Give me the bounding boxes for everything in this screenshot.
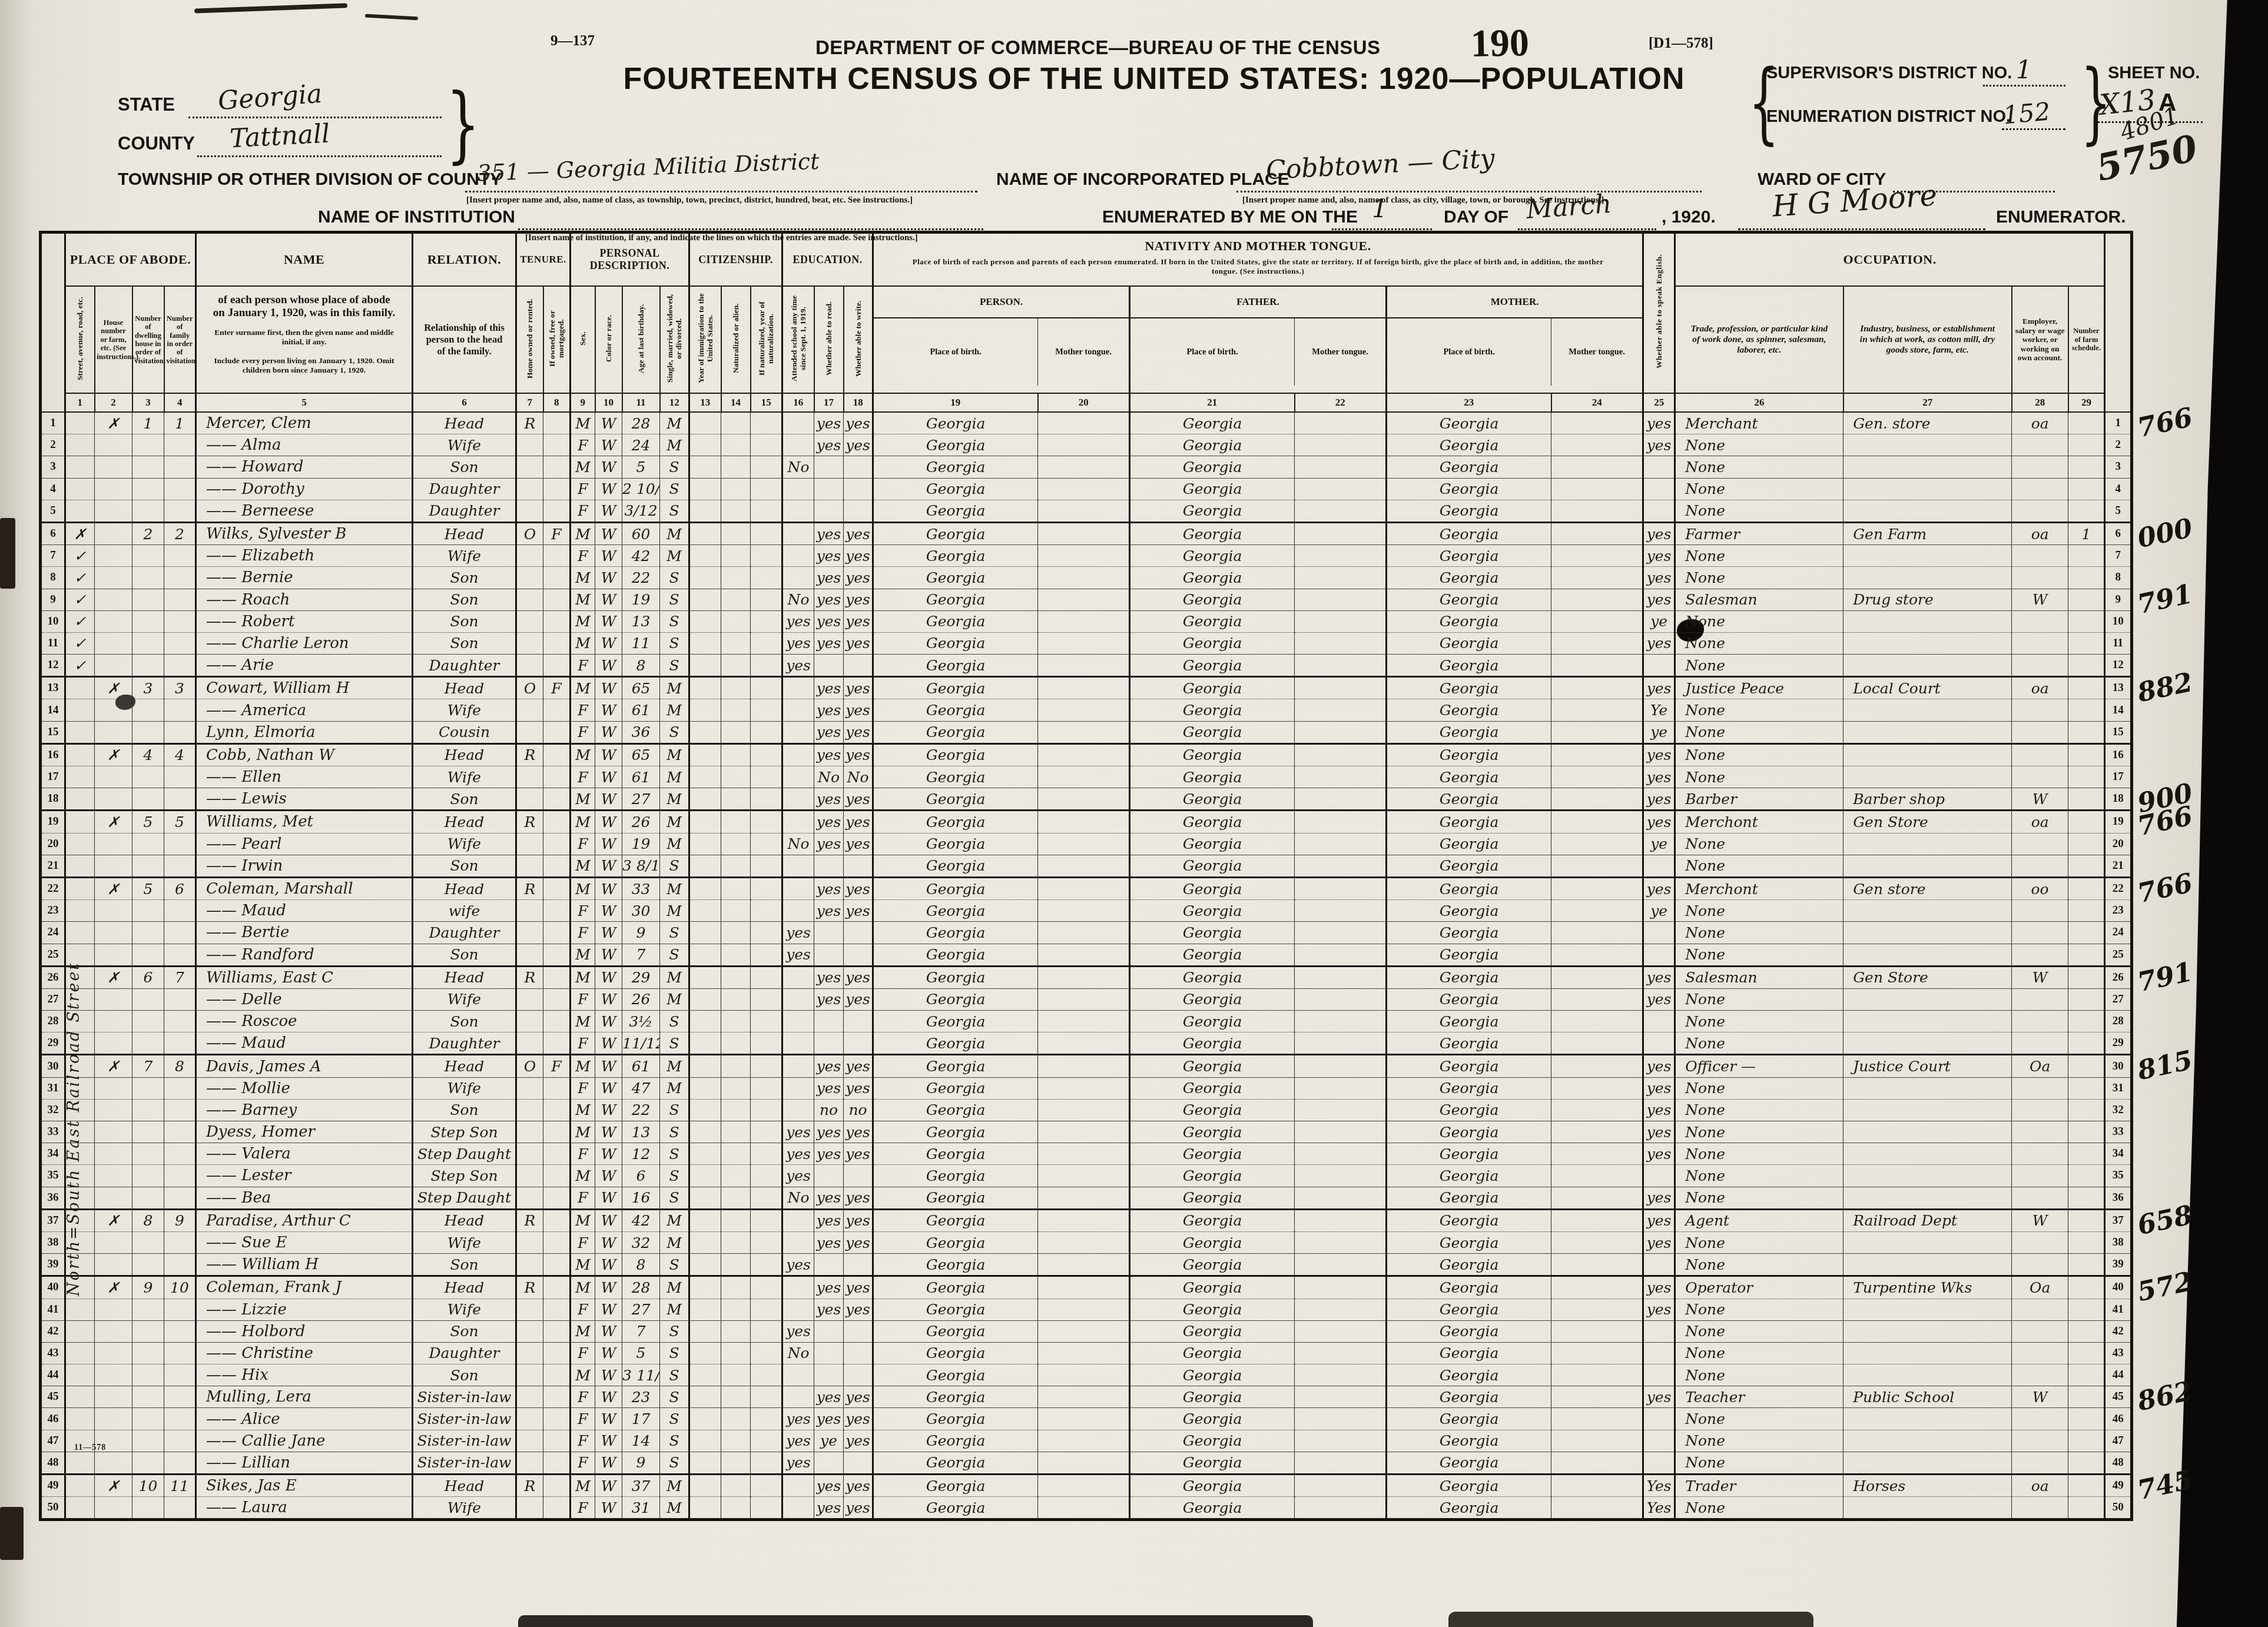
cell-name: —— Lester [196, 1165, 413, 1187]
cell-nat [721, 877, 751, 899]
handwritten-entry: Georgia [926, 459, 986, 476]
cell-mort [543, 1099, 571, 1121]
handwritten-entry: Head [445, 969, 485, 986]
cell-mt [1038, 1143, 1130, 1165]
cell-sex: M [571, 1055, 595, 1077]
cell-farm [2068, 478, 2105, 500]
cell-age: 19 [622, 589, 660, 610]
cell-street: ✗ [65, 522, 95, 544]
cell-house [95, 699, 132, 721]
cell-mtf [1295, 922, 1387, 944]
cell-farm [2068, 677, 2105, 699]
handwritten-entry: F [578, 547, 588, 565]
cell-industry [1843, 1143, 2012, 1165]
cell-mort [543, 655, 571, 677]
cell-fam [164, 855, 196, 877]
handwritten-entry: ✓ [74, 547, 87, 565]
column-number: 20 [1038, 393, 1130, 412]
cell-eng: yes [1643, 1055, 1675, 1077]
handwritten-entry: 9 [175, 1212, 184, 1229]
cell-nat [721, 1475, 751, 1497]
cell-pobf: Georgia [1130, 478, 1295, 500]
cell-farm [2068, 1320, 2105, 1342]
column-header-naturalized: Naturalized or alien. [721, 286, 751, 393]
cell-pobm: Georgia [1387, 522, 1551, 544]
handwritten-entry: Georgia [1183, 1323, 1242, 1340]
handwritten-entry: yes [817, 723, 841, 741]
cell-pobm: Georgia [1387, 545, 1551, 567]
cell-mort [543, 1032, 571, 1055]
cell-pob: Georgia [873, 1342, 1038, 1364]
handwritten-entry: W [601, 1080, 616, 1097]
cell-age: 9 [622, 922, 660, 944]
cell-sex: F [571, 1187, 595, 1209]
row-number-left: 5 [41, 500, 65, 522]
cell-pob: Georgia [873, 877, 1038, 899]
handwritten-entry: S [669, 1454, 679, 1471]
handwritten-entry: Turpentine Wks [1853, 1279, 1972, 1296]
column-number: 4 [164, 393, 196, 412]
cell-nat [721, 743, 751, 766]
handwritten-entry: F [551, 1058, 561, 1075]
cell-dw [132, 434, 164, 456]
cell-ten: R [516, 877, 543, 899]
cell-dw [132, 922, 164, 944]
nativity-note: Place of birth of each person and parent… [874, 254, 1642, 277]
handwritten-entry: Georgia [1183, 924, 1242, 941]
cell-fam [164, 632, 196, 654]
cell-street [65, 699, 95, 721]
cell-dw [132, 1254, 164, 1276]
cell-mtf [1295, 1231, 1387, 1253]
column-header-immigration-year: Year of immigration to the United States… [689, 286, 721, 393]
cell-read: yes [814, 743, 844, 766]
row-number-left: 31 [41, 1077, 65, 1099]
cell-read: no [814, 1099, 844, 1121]
row-number-left: 4 [41, 478, 65, 500]
cell-emp [2012, 1342, 2068, 1364]
handwritten-entry: oa [2031, 526, 2049, 543]
cell-mtm [1551, 1011, 1643, 1032]
handwritten-entry: W [601, 502, 616, 519]
handwritten-entry: W [2032, 969, 2048, 986]
handwritten-entry: Son [450, 569, 478, 586]
cell-mtf [1295, 1276, 1387, 1299]
table-row: 19✗55Williams, MetHeadRMW26MyesyesGeorgi… [41, 811, 2132, 833]
cell-sch: yes [782, 1452, 814, 1474]
table-row: 4—— DorothyDaughterFW2 10/12SGeorgiaGeor… [41, 478, 2132, 500]
cell-sch: yes [782, 1320, 814, 1342]
cell-trade: None [1675, 1231, 1843, 1253]
handwritten-entry: F [578, 1301, 588, 1318]
cell-mort [543, 1121, 571, 1143]
group-nativity: NATIVITY AND MOTHER TONGUE. Place of bir… [873, 233, 1643, 287]
handwritten-entry: Cowart, William H [206, 679, 349, 697]
handwritten-entry: W [601, 1145, 616, 1163]
cell-farm [2068, 1276, 2105, 1299]
cell-ten [516, 855, 543, 877]
cell-natyr [751, 966, 782, 988]
cell-eng [1643, 1452, 1675, 1474]
cell-name: —— Holbord [196, 1320, 413, 1342]
column-number: 28 [2012, 393, 2068, 412]
handwritten-entry: Coleman, Marshall [206, 880, 353, 898]
cell-pobf: Georgia [1130, 545, 1295, 567]
cell-pobm: Georgia [1387, 811, 1551, 833]
cell-pobm: Georgia [1387, 456, 1551, 478]
cell-farm [2068, 567, 2105, 589]
handwritten-entry: M [575, 613, 591, 630]
cell-sex: F [571, 1032, 595, 1055]
cell-name: —— Mollie [196, 1077, 413, 1099]
handwritten-entry: Oa [2030, 1279, 2050, 1296]
cell-pobf: Georgia [1130, 1187, 1295, 1209]
handwritten-entry: F [578, 1080, 588, 1097]
cell-pob: Georgia [873, 589, 1038, 610]
cell-age: 23 [622, 1386, 660, 1408]
cell-imm [689, 1497, 721, 1520]
cell-pob: Georgia [873, 1254, 1038, 1276]
handwritten-entry: Georgia [1183, 991, 1242, 1008]
cell-eng: yes [1643, 1187, 1675, 1209]
handwritten-entry: yes [845, 1080, 870, 1097]
column-header-naturalization-year: If naturalized, year of naturalization. [751, 286, 782, 393]
cell-imm [689, 1452, 721, 1474]
column-number: 2 [95, 393, 132, 412]
cell-sch [782, 766, 814, 788]
handwritten-entry: yes [845, 1432, 870, 1449]
cell-relation: Daughter [413, 1032, 516, 1055]
cell-pobm: Georgia [1387, 1032, 1551, 1055]
cell-age: 28 [622, 1276, 660, 1299]
cell-emp: W [2012, 1386, 2068, 1408]
cell-mort [543, 766, 571, 788]
handwritten-entry: Georgia [1183, 635, 1242, 652]
cell-mtm [1551, 1099, 1643, 1121]
cell-mtm [1551, 500, 1643, 522]
handwritten-entry: M [667, 1477, 682, 1495]
cell-write: yes [844, 966, 873, 988]
handwritten-entry: 65 [632, 680, 651, 697]
cell-pob: Georgia [873, 1032, 1038, 1055]
cell-mar: M [660, 766, 689, 788]
handwritten-entry: —— Dorothy [206, 480, 304, 498]
handwritten-entry: 31 [632, 1499, 651, 1516]
handwritten-entry: None [1685, 1234, 1725, 1251]
cell-industry [1843, 1254, 2012, 1276]
cell-nat [721, 1320, 751, 1342]
cell-natyr [751, 811, 782, 833]
cell-dw [132, 456, 164, 478]
cell-age: 61 [622, 766, 660, 788]
cell-age: 30 [622, 900, 660, 922]
cell-imm [689, 1121, 721, 1143]
handwritten-entry: M [667, 415, 682, 432]
column-header-street: Street, avenue, road, etc. [65, 286, 95, 393]
handwritten-entry: yes [817, 746, 841, 763]
handwritten-entry: M [575, 857, 591, 874]
cell-name: Sikes, Jas E [196, 1475, 413, 1497]
handwritten-entry: yes [1647, 415, 1672, 432]
handwritten-entry: yes [845, 991, 870, 1008]
cell-race: W [595, 811, 622, 833]
handwritten-entry: W [601, 1410, 616, 1427]
cell-farm [2068, 589, 2105, 610]
cell-ten [516, 900, 543, 922]
handwritten-entry: Georgia [1440, 1234, 1499, 1251]
cell-ten [516, 589, 543, 610]
cell-pobf: Georgia [1130, 788, 1295, 811]
cell-pobf: Georgia [1130, 1342, 1295, 1364]
cell-dw [132, 1386, 164, 1408]
cell-sch: yes [782, 632, 814, 654]
cell-nat [721, 412, 751, 434]
cell-race: W [595, 944, 622, 966]
cell-mar: M [660, 811, 689, 833]
handwritten-entry: yes [845, 680, 870, 697]
cell-emp: oa [2012, 811, 2068, 833]
handwritten-entry: 1 [2081, 526, 2091, 543]
cell-mar: M [660, 412, 689, 434]
cell-fam [164, 1231, 196, 1253]
cell-industry [1843, 721, 2012, 743]
cell-mar: M [660, 1475, 689, 1497]
handwritten-entry: Georgia [1183, 1167, 1242, 1184]
cell-ten [516, 988, 543, 1010]
cell-mtm [1551, 522, 1643, 544]
cell-age: 65 [622, 743, 660, 766]
handwritten-entry: Georgia [1183, 437, 1242, 454]
table-row: 27—— DelleWifeFW26MyesyesGeorgiaGeorgiaG… [41, 988, 2132, 1010]
handwritten-entry: yes [786, 657, 811, 674]
handwritten-entry: Georgia [1440, 1101, 1499, 1118]
cell-pobm: Georgia [1387, 699, 1551, 721]
cell-farm [2068, 833, 2105, 855]
cell-industry [1843, 766, 2012, 788]
handwritten-entry: 14 [632, 1432, 651, 1449]
cell-dw [132, 610, 164, 632]
cell-sch [782, 1299, 814, 1320]
cell-age: 27 [622, 1299, 660, 1320]
handwritten-entry: Georgia [1440, 657, 1499, 674]
cell-mtf [1295, 743, 1387, 766]
handwritten-entry: 9 [636, 924, 646, 941]
handwritten-entry: Georgia [926, 1145, 986, 1163]
cell-street: ✓ [65, 545, 95, 567]
handwritten-entry: Teacher [1685, 1389, 1745, 1406]
cell-mtm [1551, 833, 1643, 855]
cell-mort [543, 1497, 571, 1520]
handwritten-entry: —— Bea [206, 1189, 271, 1207]
cell-write [844, 1032, 873, 1055]
cell-read [814, 655, 844, 677]
cell-trade: None [1675, 1011, 1843, 1032]
cell-trade: None [1675, 434, 1843, 456]
handwritten-entry: None [1685, 946, 1725, 963]
handwritten-entry: None [1685, 902, 1725, 919]
cell-eng: yes [1643, 677, 1675, 699]
handwritten-entry: 7 [636, 1323, 646, 1340]
cell-trade: Farmer [1675, 522, 1843, 544]
cell-write: yes [844, 610, 873, 632]
handwritten-entry: ✗ [107, 680, 120, 697]
cell-industry [1843, 610, 2012, 632]
handwritten-entry: Georgia [1440, 1301, 1499, 1318]
cell-sch [782, 1032, 814, 1055]
handwritten-entry: Georgia [1440, 1499, 1499, 1516]
cell-imm [689, 1276, 721, 1299]
table-row: 28—— RoscoeSonMW3½SGeorgiaGeorgiaGeorgia… [41, 1011, 2132, 1032]
handwritten-entry: Local Court [1853, 680, 1941, 697]
cell-mar: S [660, 1430, 689, 1452]
handwritten-entry: yes [817, 635, 841, 652]
cell-race: W [595, 434, 622, 456]
cell-race: W [595, 1209, 622, 1231]
cell-emp [2012, 944, 2068, 966]
cell-sex: F [571, 500, 595, 522]
handwritten-entry: W [601, 1234, 616, 1251]
cell-mort [543, 500, 571, 522]
cell-pob: Georgia [873, 1055, 1038, 1077]
cell-natyr [751, 788, 782, 811]
cell-mtf [1295, 632, 1387, 654]
cell-mt [1038, 522, 1130, 544]
cell-industry [1843, 743, 2012, 766]
column-number: 10 [595, 393, 622, 412]
cell-house [95, 1165, 132, 1187]
handwritten-entry: Georgia [1183, 1301, 1242, 1318]
handwritten-entry: Georgia [1183, 1145, 1242, 1163]
handwritten-entry: None [1685, 1410, 1725, 1427]
cell-industry: Local Court [1843, 677, 2012, 699]
cell-fam [164, 1032, 196, 1055]
cell-house [95, 1231, 132, 1253]
cell-pobm: Georgia [1387, 743, 1551, 766]
cell-mort [543, 966, 571, 988]
cell-sex: F [571, 1452, 595, 1474]
enumerated-day-line [1332, 228, 1432, 230]
cell-pob: Georgia [873, 944, 1038, 966]
cell-nat [721, 699, 751, 721]
cell-farm [2068, 877, 2105, 899]
cell-read [814, 456, 844, 478]
cell-emp [2012, 1165, 2068, 1187]
handwritten-entry: W [601, 1124, 616, 1141]
cell-emp: oa [2012, 412, 2068, 434]
cell-mort [543, 743, 571, 766]
handwritten-entry: Davis, James A [206, 1058, 321, 1075]
cell-house [95, 944, 132, 966]
cell-sch [782, 1386, 814, 1408]
page-stamp: 190 [1470, 21, 1529, 67]
handwritten-entry: Georgia [926, 526, 986, 543]
cell-mar: M [660, 1299, 689, 1320]
cell-dw [132, 589, 164, 610]
handwritten-entry: M [575, 969, 591, 986]
row-number-left: 20 [41, 833, 65, 855]
cell-age: 14 [622, 1430, 660, 1452]
cell-mt [1038, 988, 1130, 1010]
handwritten-entry: Georgia [1183, 946, 1242, 963]
handwritten-entry: Mulling, Lera [206, 1388, 311, 1406]
handwritten-entry: 3/12 [624, 502, 657, 519]
handwritten-entry: 3 [175, 680, 184, 697]
handwritten-entry: Georgia [926, 1080, 986, 1097]
handwritten-entry: 61 [632, 702, 651, 719]
cell-farm [2068, 922, 2105, 944]
column-header-free-mortgaged: If owned, free or mortgaged. [543, 286, 571, 393]
cell-trade: Salesman [1675, 966, 1843, 988]
cell-name: —— Robert [196, 610, 413, 632]
cell-mtm [1551, 1143, 1643, 1165]
cell-mtf [1295, 589, 1387, 610]
handwritten-entry: W [601, 1389, 616, 1406]
handwritten-entry: Wife [447, 702, 481, 719]
handwritten-entry: Son [450, 635, 478, 652]
cell-sch [782, 855, 814, 877]
cell-dw: 8 [132, 1209, 164, 1231]
cell-street [65, 833, 95, 855]
handwritten-entry: yes [1647, 1212, 1672, 1229]
handwritten-entry: S [669, 723, 679, 741]
row-number-left: 38 [41, 1231, 65, 1253]
handwritten-entry: W [601, 991, 616, 1008]
handwritten-entry: Daughter [429, 1035, 500, 1052]
cell-pobf: Georgia [1130, 1430, 1295, 1452]
cell-house: ✗ [95, 1276, 132, 1299]
cell-emp: oo [2012, 877, 2068, 899]
cell-mar: M [660, 1209, 689, 1231]
cell-emp [2012, 743, 2068, 766]
handwritten-entry: 3 [144, 680, 153, 697]
cell-industry [1843, 900, 2012, 922]
cell-eng: ye [1643, 721, 1675, 743]
cell-sex: M [571, 677, 595, 699]
cell-sch [782, 1475, 814, 1497]
cell-dw: 1 [132, 412, 164, 434]
cell-mt [1038, 545, 1130, 567]
cell-natyr [751, 1320, 782, 1342]
cell-relation: Wife [413, 1497, 516, 1520]
cell-industry: Railroad Dept [1843, 1209, 2012, 1231]
cell-name: —— Valera [196, 1143, 413, 1165]
handwritten-entry: Step Daught [417, 1189, 511, 1206]
cell-trade: None [1675, 855, 1843, 877]
handwritten-entry: None [1685, 1035, 1725, 1052]
handwritten-entry: M [575, 791, 591, 808]
handwritten-entry: Georgia [1440, 613, 1499, 630]
cell-farm [2068, 632, 2105, 654]
handwritten-entry: yes [786, 1432, 811, 1449]
cell-dw [132, 1121, 164, 1143]
cell-natyr [751, 1011, 782, 1032]
handwritten-entry: W [601, 1101, 616, 1118]
handwritten-entry: yes [1647, 680, 1672, 697]
cell-age: 11 [622, 632, 660, 654]
handwritten-entry: 27 [632, 791, 651, 808]
cell-mar: S [660, 1408, 689, 1430]
handwritten-entry: yes [1647, 746, 1672, 763]
cell-imm [689, 766, 721, 788]
incorporated-label: NAME OF INCORPORATED PLACE [996, 170, 1289, 190]
handwritten-entry: 2 10/12 [622, 480, 660, 497]
row-number-left: 8 [41, 567, 65, 589]
cell-name: Cowart, William H [196, 677, 413, 699]
cell-trade: Trader [1675, 1475, 1843, 1497]
cell-mar: M [660, 677, 689, 699]
cell-trade: Teacher [1675, 1386, 1843, 1408]
cell-nat [721, 567, 751, 589]
